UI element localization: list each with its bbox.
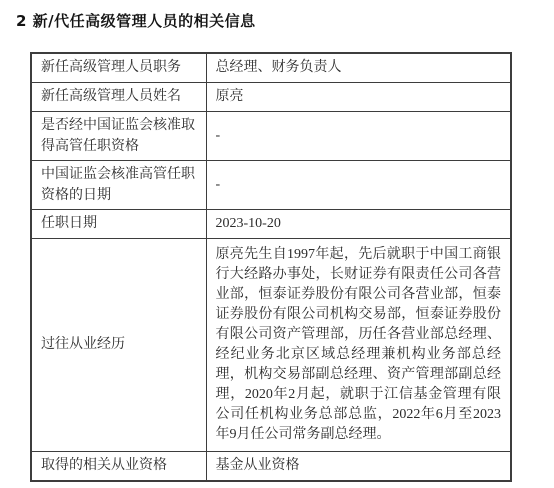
- table-row-qualification: 取得的相关从业资格 基金从业资格: [31, 451, 511, 481]
- row-label: 新任高级管理人员姓名: [31, 82, 206, 111]
- row-label: 新任高级管理人员职务: [31, 53, 206, 82]
- row-value: 原亮: [206, 82, 511, 111]
- management-info-table: 新任高级管理人员职务 总经理、财务负责人 新任高级管理人员姓名 原亮 是否经中国…: [30, 52, 512, 482]
- table-row-appointment-date: 任职日期 2023-10-20: [31, 209, 511, 238]
- row-value: -: [206, 160, 511, 209]
- table-row-position: 新任高级管理人员职务 总经理、财务负责人: [31, 53, 511, 82]
- table-row-name: 新任高级管理人员姓名 原亮: [31, 82, 511, 111]
- row-label: 是否经中国证监会核准取得高管任职资格: [31, 111, 206, 160]
- row-label: 中国证监会核准高管任职资格的日期: [31, 160, 206, 209]
- table-row-approval-date: 中国证监会核准高管任职资格的日期 -: [31, 160, 511, 209]
- row-label: 取得的相关从业资格: [31, 451, 206, 481]
- row-value: 2023-10-20: [206, 209, 511, 238]
- row-value: -: [206, 111, 511, 160]
- row-label: 任职日期: [31, 209, 206, 238]
- document-page: 2 新/代任高级管理人员的相关信息 新任高级管理人员职务 总经理、财务负责人 新…: [0, 0, 554, 488]
- section-title: 2 新/代任高级管理人员的相关信息: [16, 10, 256, 31]
- row-label: 过往从业经历: [31, 238, 206, 451]
- row-value: 总经理、财务负责人: [206, 53, 511, 82]
- table-row-csrc-approval: 是否经中国证监会核准取得高管任职资格 -: [31, 111, 511, 160]
- row-value: 原亮先生自1997年起，先后就职于中国工商银行大经路办事处，长财证券有限责任公司…: [206, 238, 511, 451]
- row-value: 基金从业资格: [206, 451, 511, 481]
- table-row-career-history: 过往从业经历 原亮先生自1997年起，先后就职于中国工商银行大经路办事处，长财证…: [31, 238, 511, 451]
